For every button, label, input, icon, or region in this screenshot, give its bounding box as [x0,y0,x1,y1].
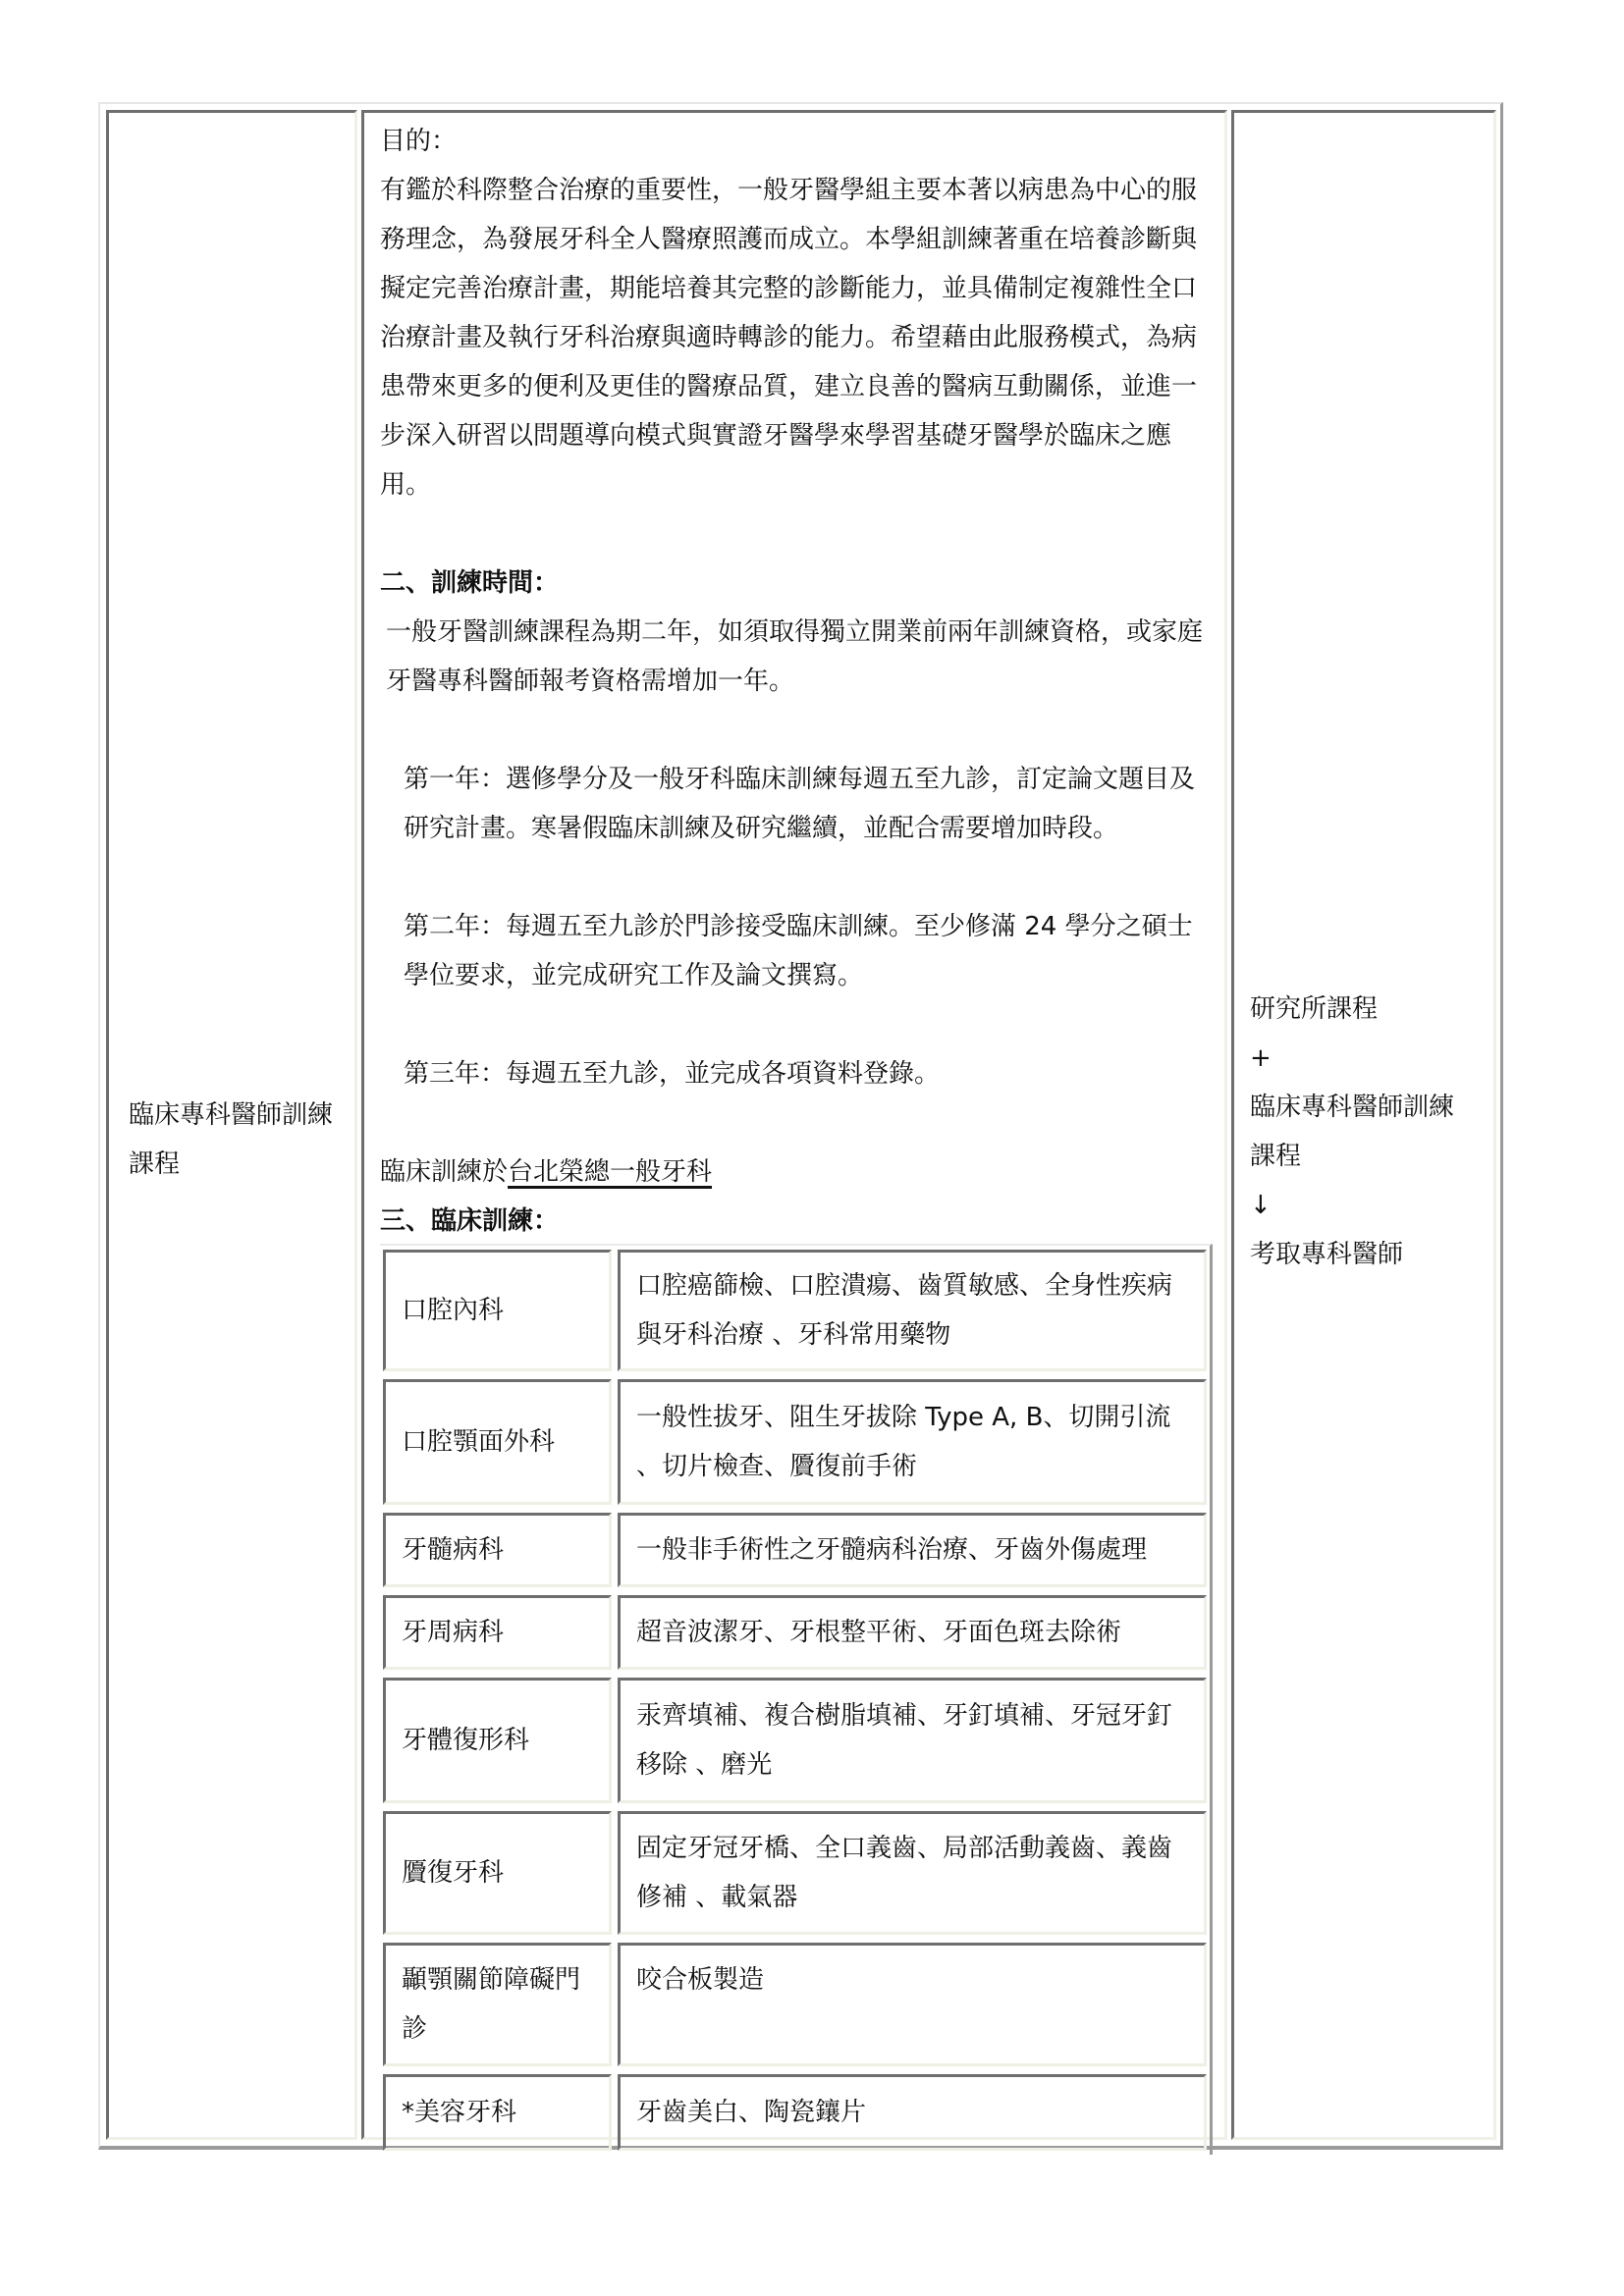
clinical-training-heading: 三、臨床訓練： [380,1197,1209,1246]
year2-text: 第二年：每週五至九診於門診接受臨床訓練。至少修滿 24 學分之碩士學位要求，並完… [380,902,1209,1000]
training-time-text: 一般牙醫訓練課程為期二年，如須取得獨立開業前兩年訓練資格，或家庭牙醫專科醫師報考… [380,608,1209,706]
dept-cell: 牙周病科 [383,1595,612,1670]
dept-cell: 牙體復形科 [383,1678,612,1803]
arrow-down-icon: ↓ [1250,1181,1486,1230]
content-cell: 汞齊填補、複合樹脂填補、牙釘填補、牙冠牙釘移除 、磨光 [618,1678,1207,1803]
pathway-step-graduate-course: 研究所課程 [1250,985,1486,1034]
dept-cell: 口腔顎面外科 [383,1379,612,1505]
plus-icon: + [1250,1034,1486,1083]
dept-cell: 贗復牙科 [383,1811,612,1935]
pathway-cell: 研究所課程 + 臨床專科醫師訓練 課程 ↓ 考取專科醫師 [1231,110,1496,2140]
program-name-label: 臨床專科醫師訓練課程 [129,1091,335,1189]
year3-text: 第三年：每週五至九診，並完成各項資料登錄。 [380,1049,1209,1098]
content-cell: 口腔癌篩檢、口腔潰瘍、齒質敏感、全身性疾病與牙科治療 、牙科常用藥物 [618,1250,1207,1371]
pathway-step-clinical-training-cont: 課程 [1250,1132,1486,1181]
table-row: 牙周病科 超音波潔牙、牙根整平術、牙面色斑去除術 [380,1591,1210,1674]
training-location: 臨床訓練於台北榮總一般牙科 [380,1148,1209,1197]
pathway-step-clinical-training: 臨床專科醫師訓練 [1250,1083,1486,1132]
table-row: *美容牙科 牙齒美白、陶瓷鑲片 [380,2070,1210,2155]
content-cell: 固定牙冠牙橋、全口義齒、局部活動義齒、義齒修補 、載氣器 [618,1811,1207,1935]
table-row: 顳顎關節障礙門診 咬合板製造 [380,1939,1210,2070]
table-row: 牙體復形科 汞齊填補、複合樹脂填補、牙釘填補、牙冠牙釘移除 、磨光 [380,1674,1210,1807]
training-time-heading: 二、訓練時間： [380,559,1209,608]
content-cell: 咬合板製造 [618,1943,1207,2066]
training-location-prefix: 臨床訓練於 [380,1157,508,1187]
content-cell: 超音波潔牙、牙根整平術、牙面色斑去除術 [618,1595,1207,1670]
purpose-heading: 目的： [380,117,1209,166]
table-row: 口腔內科 口腔癌篩檢、口腔潰瘍、齒質敏感、全身性疾病與牙科治療 、牙科常用藥物 [380,1246,1210,1375]
training-location-link[interactable]: 台北榮總一般牙科 [508,1157,712,1187]
pathway-step-specialist-exam: 考取專科醫師 [1250,1230,1486,1279]
pathway-flow: 研究所課程 + 臨床專科醫師訓練 課程 ↓ 考取專科醫師 [1250,985,1486,1279]
curriculum-table: 臨床專科醫師訓練課程 目的： 有鑑於科際整合治療的重要性，一般牙醫學組主要本著以… [98,102,1503,2150]
table-row: 贗復牙科 固定牙冠牙橋、全口義齒、局部活動義齒、義齒修補 、載氣器 [380,1807,1210,1939]
table-row: 牙髓病科 一般非手術性之牙髓病科治療、牙齒外傷處理 [380,1509,1210,1591]
dept-cell: 口腔內科 [383,1250,612,1371]
dept-cell: 牙髓病科 [383,1513,612,1587]
dept-cell: *美容牙科 [383,2074,612,2151]
content-cell: 一般非手術性之牙髓病科治療、牙齒外傷處理 [618,1513,1207,1587]
year1-text: 第一年：選修學分及一般牙科臨床訓練每週五至九診，訂定論文題目及研究計畫。寒暑假臨… [380,755,1209,853]
table-row: 口腔顎面外科 一般性拔牙、阻生牙拔除 Type A, B、切開引流 、切片檢查、… [380,1375,1210,1509]
program-name-cell: 臨床專科醫師訓練課程 [106,110,357,2140]
dept-cell: 顳顎關節障礙門診 [383,1943,612,2066]
clinical-training-table: 口腔內科 口腔癌篩檢、口腔潰瘍、齒質敏感、全身性疾病與牙科治療 、牙科常用藥物 … [380,1244,1213,2155]
content-cell: 牙齒美白、陶瓷鑲片 [618,2074,1207,2151]
program-description-cell: 目的： 有鑑於科際整合治療的重要性，一般牙醫學組主要本著以病患為中心的服務理念，… [361,110,1227,2140]
purpose-text: 有鑑於科際整合治療的重要性，一般牙醫學組主要本著以病患為中心的服務理念，為發展牙… [380,166,1209,509]
content-cell: 一般性拔牙、阻生牙拔除 Type A, B、切開引流 、切片檢查、贗復前手術 [618,1379,1207,1505]
